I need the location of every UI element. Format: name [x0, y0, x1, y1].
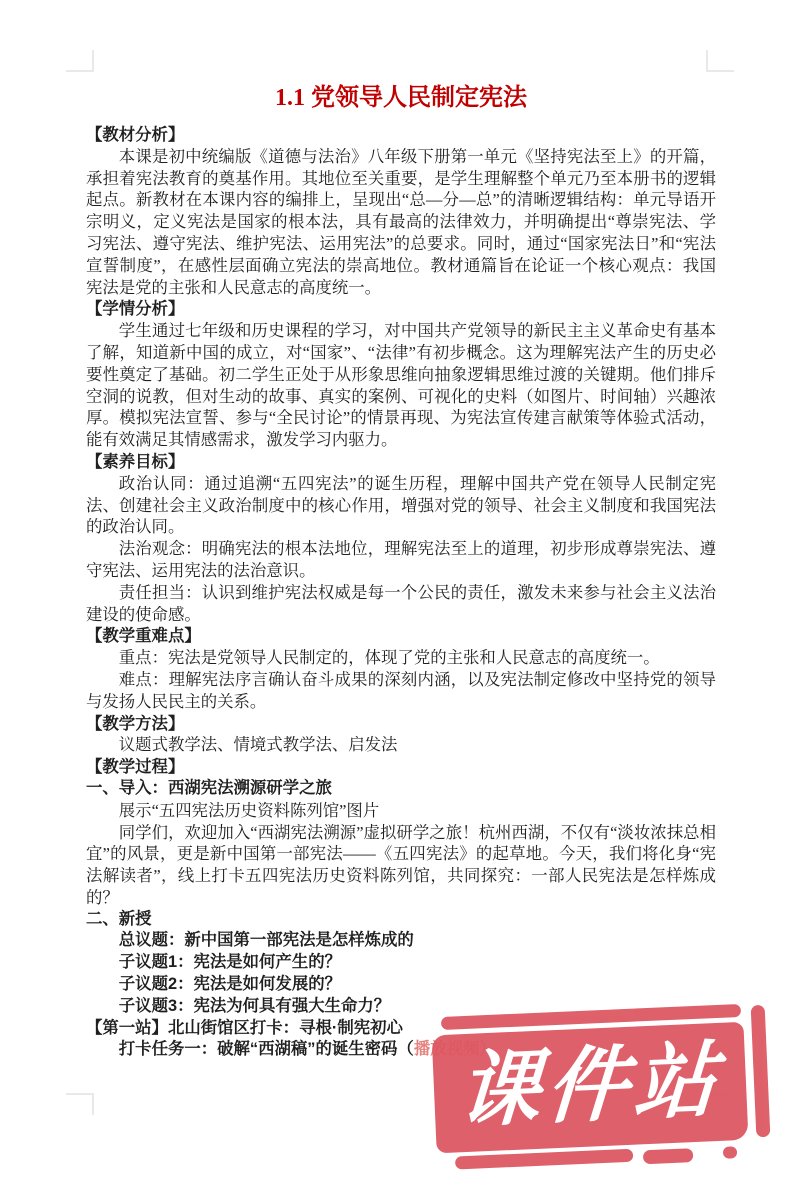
paragraph-key-point: 重点：宪法是党领导人民制定的，体现了党的主张和人民意志的高度统一。	[86, 647, 716, 669]
process-task1-text: 打卡任务一：破解“西湖稿”的诞生密码（	[119, 1040, 414, 1058]
stamp-border-bottom-dot	[723, 1146, 738, 1159]
process-new-lesson-heading: 二、新授	[86, 909, 716, 931]
section-heading-learner-analysis: 【学情分析】	[86, 298, 716, 320]
process-main-issue: 总议题：新中国第一部宪法是怎样炼成的	[86, 930, 716, 952]
paragraph-difficult-point: 难点：理解宪法序言确认奋斗成果的深刻内涵，以及宪法制定修改中坚持党的领导与发扬人…	[86, 669, 716, 713]
document-content: 1.1 党领导人民制定宪法 【教材分析】 本课是初中统编版《道德与法治》八年级下…	[86, 82, 716, 1061]
paragraph-political-identity: 政治认同：通过追溯“五四宪法”的诞生历程，理解中国共产党在领导人民制定宪法、创建…	[86, 473, 716, 538]
section-heading-textbook-analysis: 【教材分析】	[86, 124, 716, 146]
process-station1-heading: 【第一站】北山街馆区打卡：寻根·制宪初心	[86, 1018, 716, 1040]
document-title: 1.1 党领导人民制定宪法	[86, 82, 716, 114]
process-sub-issue-3: 子议题3：宪法为何具有强大生命力？	[86, 996, 716, 1018]
stamp-border-bottom-dash2	[643, 1148, 694, 1164]
stamp-border-right	[751, 1005, 771, 1137]
margin-corner-mark-bottom-left	[66, 1093, 94, 1115]
process-intro-show-line: 展示“五四宪法历史资料陈列馆”图片	[86, 800, 716, 822]
paragraph-textbook-analysis: 本课是初中统编版《道德与法治》八年级下册第一单元《坚持宪法至上》的开篇，承担着宪…	[86, 146, 716, 299]
paragraph-responsibility: 责任担当：认识到维护宪法权威是每一个公民的责任，激发未来参与社会主义法治建设的使…	[86, 582, 716, 626]
section-heading-teaching-methods: 【教学方法】	[86, 713, 716, 735]
document-page: 1.1 党领导人民制定宪法 【教材分析】 本课是初中统编版《道德与法治》八年级下…	[0, 0, 800, 1200]
process-intro-speech: 同学们，欢迎加入“西湖宪法溯源”虚拟研学之旅！杭州西湖，不仅有“淡妆浓抹总相宜”…	[86, 822, 716, 909]
section-heading-teaching-process: 【教学过程】	[86, 756, 716, 778]
process-sub-issue-1: 子议题1：宪法是如何产生的？	[86, 952, 716, 974]
margin-corner-mark-top-right	[706, 50, 734, 72]
process-intro-heading: 一、导入：西湖宪法溯源研学之旅	[86, 778, 716, 800]
process-task1-video-note: 播放视频）	[414, 1040, 496, 1058]
margin-corner-mark-bottom-right	[706, 1093, 734, 1115]
process-task1-line: 打卡任务一：破解“西湖稿”的诞生密码（播放视频）	[86, 1039, 716, 1061]
paragraph-learner-analysis: 学生通过七年级和历史课程的学习，对中国共产党领导的新民主主义革命史有基本了解，知…	[86, 320, 716, 451]
stamp-border-bottom-dash1	[455, 1149, 633, 1170]
section-heading-key-difficult-points: 【教学重难点】	[86, 625, 716, 647]
section-heading-competency-goals: 【素养目标】	[86, 451, 716, 473]
paragraph-teaching-methods: 议题式教学法、情境式教学法、启发法	[86, 734, 716, 756]
margin-corner-mark-top-left	[66, 50, 94, 72]
paragraph-rule-of-law-concept: 法治观念：明确宪法的根本法地位，理解宪法至上的道理，初步形成尊崇宪法、遵守宪法、…	[86, 538, 716, 582]
process-sub-issue-2: 子议题2：宪法是如何发展的？	[86, 974, 716, 996]
